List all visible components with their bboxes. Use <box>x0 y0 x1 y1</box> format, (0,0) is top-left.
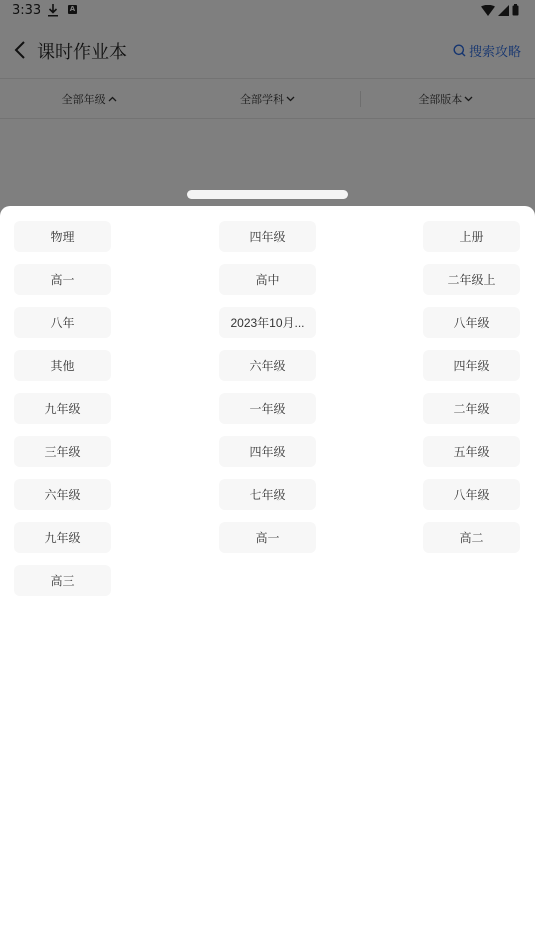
option-chip[interactable]: 三年级 <box>14 436 111 467</box>
option-chip[interactable]: 二年级 <box>423 393 520 424</box>
option-chip[interactable]: 六年级 <box>219 350 316 381</box>
option-chip[interactable]: 高二 <box>423 522 520 553</box>
option-chip[interactable]: 四年级 <box>219 221 316 252</box>
option-chip[interactable]: 七年级 <box>219 479 316 510</box>
option-chip[interactable]: 其他 <box>14 350 111 381</box>
option-chip[interactable]: 五年级 <box>423 436 520 467</box>
option-chip[interactable]: 一年级 <box>219 393 316 424</box>
option-chip[interactable]: 二年级上 <box>423 264 520 295</box>
option-chip[interactable]: 九年级 <box>14 522 111 553</box>
option-chip[interactable]: 四年级 <box>219 436 316 467</box>
option-chip[interactable]: 八年 <box>14 307 111 338</box>
option-chip[interactable]: 高一 <box>219 522 316 553</box>
grade-options-sheet: 物理 四年级 上册 高一 高中 二年级上 八年 2023年10月... 八年级 … <box>0 206 535 951</box>
option-chip[interactable]: 八年级 <box>423 307 520 338</box>
sheet-drag-handle[interactable] <box>187 190 348 199</box>
option-chip[interactable]: 上册 <box>423 221 520 252</box>
option-chip[interactable]: 九年级 <box>14 393 111 424</box>
option-chip[interactable]: 八年级 <box>423 479 520 510</box>
option-chip[interactable]: 四年级 <box>423 350 520 381</box>
option-chip[interactable]: 高一 <box>14 264 111 295</box>
option-chip[interactable]: 高三 <box>14 565 111 596</box>
option-chip[interactable]: 物理 <box>14 221 111 252</box>
option-chip[interactable]: 六年级 <box>14 479 111 510</box>
option-chip[interactable]: 高中 <box>219 264 316 295</box>
option-chip[interactable]: 2023年10月... <box>219 307 316 338</box>
